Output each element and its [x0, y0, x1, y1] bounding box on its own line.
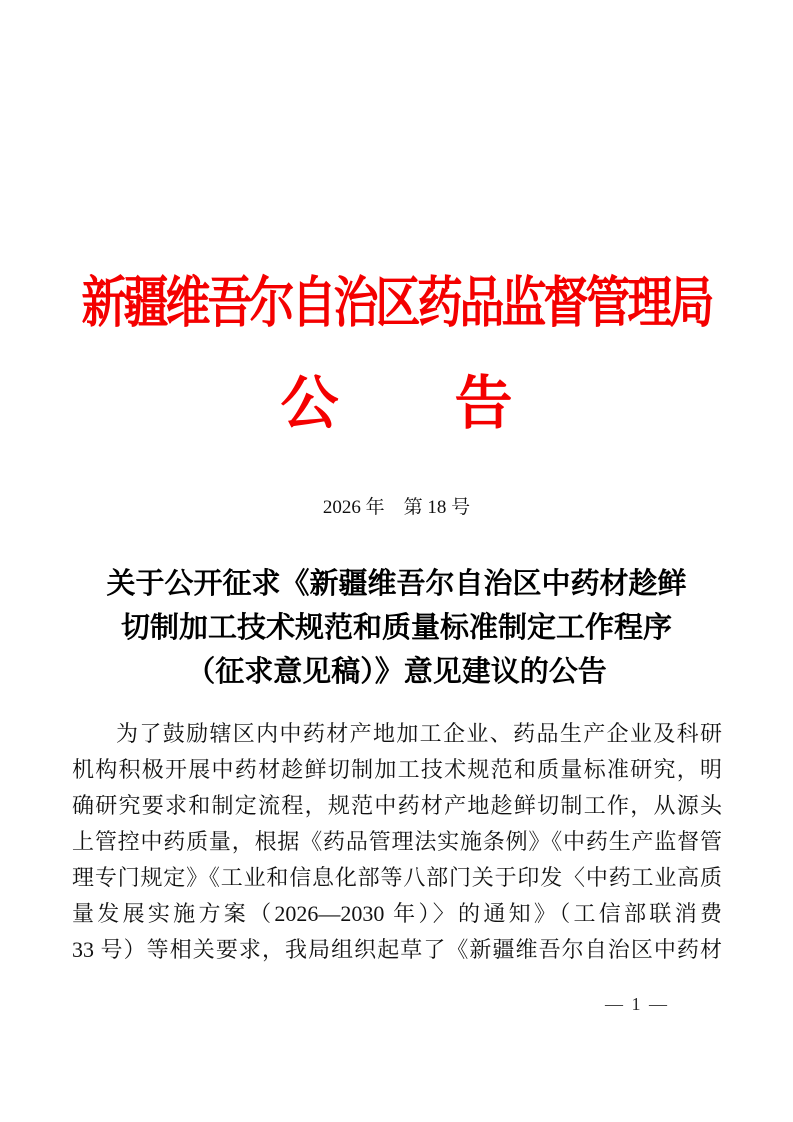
body-text-line: 理专门规定》《工业和信息化部等八部门关于印发〈中药工业高质 — [72, 860, 722, 896]
body-text-line: 机构积极开展中药材趁鲜切制加工技术规范和质量标准研究，明 — [72, 752, 722, 788]
body-text-line: 确研究要求和制定流程，规范中药材产地趁鲜切制工作，从源头 — [72, 788, 722, 824]
document-page: 新疆维吾尔自治区药品监督管理局 公 告 2026 年 第 18 号 关于公开征求… — [0, 0, 793, 1122]
document-title: 关于公开征求《新疆维吾尔自治区中药材趁鲜 切制加工技术规范和质量标准制定工作程序… — [36, 562, 757, 694]
document-body: 为了鼓励辖区内中药材产地加工企业、药品生产企业及科研 机构积极开展中药材趁鲜切制… — [72, 716, 722, 968]
body-text-line: 33 号）等相关要求，我局组织起草了《新疆维吾尔自治区中药材 — [72, 932, 722, 968]
document-title-line: 切制加工技术规范和质量标准制定工作程序 — [36, 606, 757, 650]
issue-number: 2026 年 第 18 号 — [36, 492, 757, 519]
page-number: — 1 — — [36, 994, 757, 1015]
body-text-line: 量发展实施方案（2026—2030 年）〉的通知》（工信部联消费〔2026〕 — [72, 896, 722, 932]
body-text-line: 上管控中药质量，根据《药品管理法实施条例》《中药生产监督管 — [72, 824, 722, 860]
body-text-line: 为了鼓励辖区内中药材产地加工企业、药品生产企业及科研 — [72, 716, 722, 752]
agency-title: 新疆维吾尔自治区药品监督管理局 — [36, 258, 757, 337]
document-title-line: （征求意见稿）》意见建议的公告 — [36, 650, 757, 694]
document-title-line: 关于公开征求《新疆维吾尔自治区中药材趁鲜 — [36, 562, 757, 606]
announcement-title: 公 告 — [36, 356, 757, 440]
